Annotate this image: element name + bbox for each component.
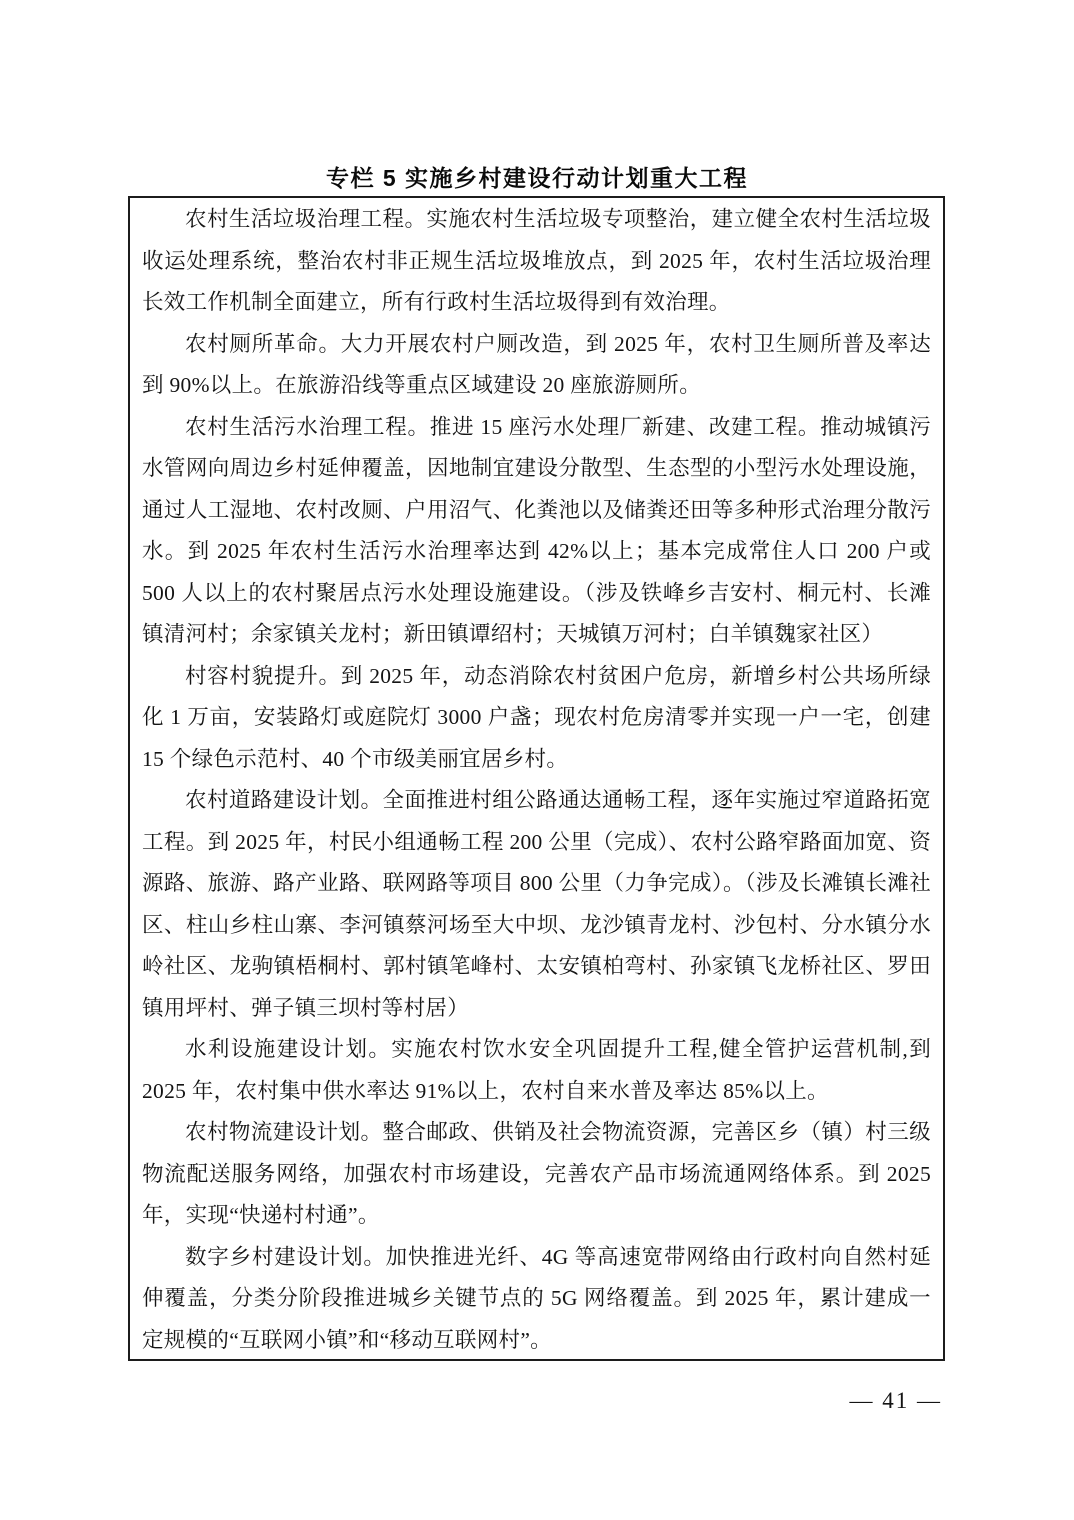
- document-page: 专栏 5 实施乡村建设行动计划重大工程 农村生活垃圾治理工程。实施农村生活垃圾专…: [0, 0, 1074, 1520]
- column-content-box: 农村生活垃圾治理工程。实施农村生活垃圾专项整治，建立健全农村生活垃圾收运处理系统…: [128, 196, 945, 1361]
- paragraph: 水利设施建设计划。实施农村饮水安全巩固提升工程,健全管护运营机制,到 2025 …: [142, 1029, 931, 1112]
- paragraph: 农村生活污水治理工程。推进 15 座污水处理厂新建、改建工程。推动城镇污水管网向…: [142, 407, 931, 656]
- page-number: — 41 —: [850, 1388, 943, 1414]
- paragraph: 村容村貌提升。到 2025 年，动态消除农村贫困户危房，新增乡村公共场所绿化 1…: [142, 656, 931, 781]
- paragraph: 数字乡村建设计划。加快推进光纤、4G 等高速宽带网络由行政村向自然村延伸覆盖，分…: [142, 1237, 931, 1362]
- paragraph: 农村厕所革命。大力开展农村户厕改造，到 2025 年，农村卫生厕所普及率达到 9…: [142, 324, 931, 407]
- paragraph: 农村物流建设计划。整合邮政、供销及社会物流资源，完善区乡（镇）村三级物流配送服务…: [142, 1112, 931, 1237]
- column-heading: 专栏 5 实施乡村建设行动计划重大工程: [0, 160, 1074, 193]
- paragraph: 农村生活垃圾治理工程。实施农村生活垃圾专项整治，建立健全农村生活垃圾收运处理系统…: [142, 199, 931, 324]
- paragraph: 农村道路建设计划。全面推进村组公路通达通畅工程，逐年实施过窄道路拓宽工程。到 2…: [142, 780, 931, 1029]
